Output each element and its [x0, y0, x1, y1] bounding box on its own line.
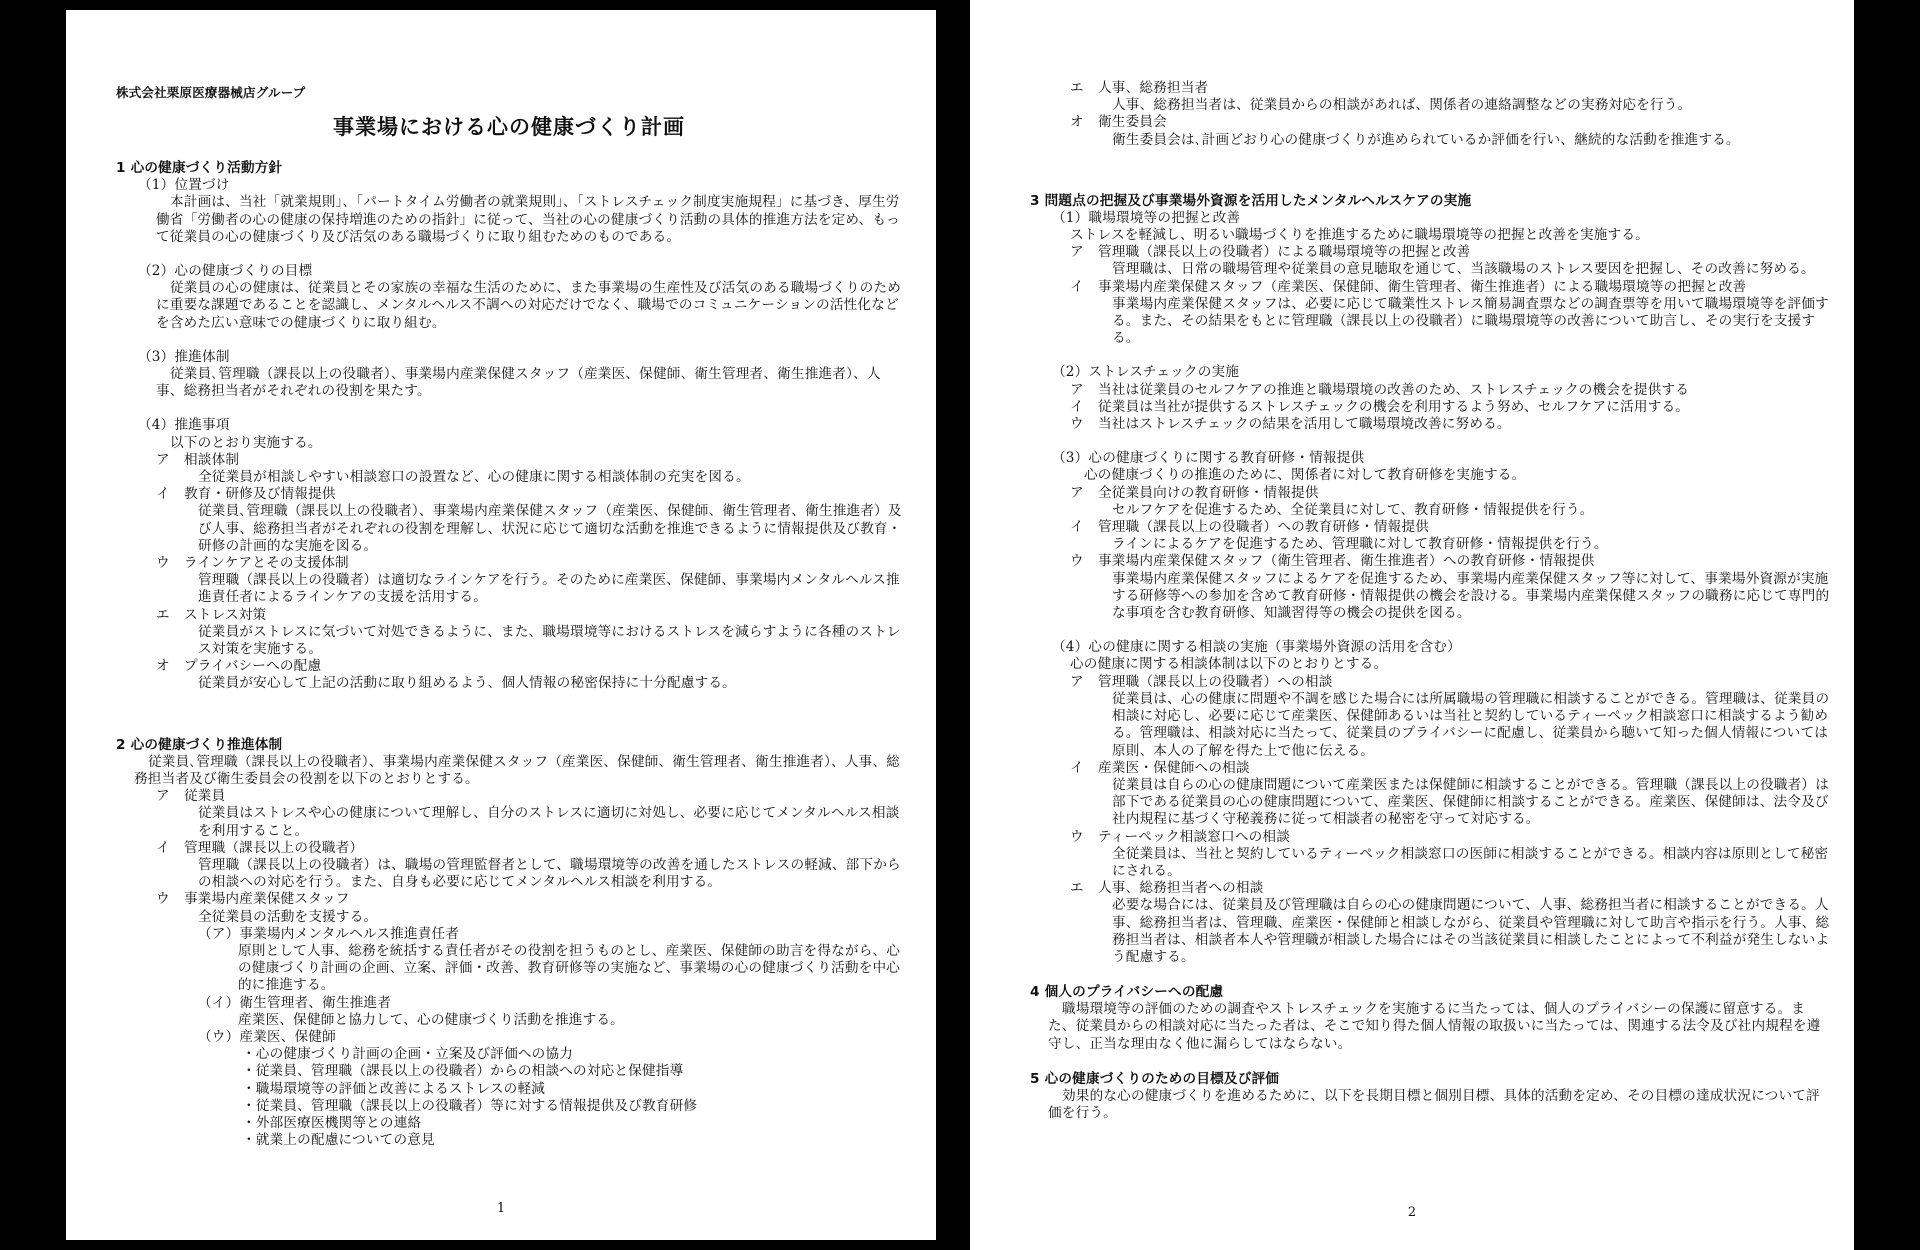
list-item-body: 従業員は、心の健康に問題や不調を感じた場合には所属職場の管理職に相談することがで…	[1112, 691, 1830, 760]
bullet-item: ・心の健康づくり計画の企画・立案及び評価への協力	[242, 1046, 902, 1063]
list-item-body: 従業員､管理職（課長以上の役職者）、事業場内産業保健スタッフ（産業医、保健師、衛…	[198, 503, 902, 555]
list-item-body: 従業員は自らの心の健康問題について産業医または保健師に相談することができる。管理…	[1112, 777, 1830, 829]
sub-list-body: 産業医、保健師と協力して、心の健康づくり活動を推進する。	[238, 1012, 902, 1029]
section-3-3-intro: 心の健康づくりの推進のために、関係者に対して教育研修を実施する。	[1070, 467, 1830, 484]
list-item-body: 従業員はストレスや心の健康について理解し、自分のストレスに適切に対処し、必要に応…	[198, 805, 902, 839]
list-item-heading: イ教育・研修及び情報提供	[156, 486, 902, 503]
section-3-heading: 3 問題点の把握及び事業場外資源を活用したメンタルヘルスケアの実施	[1030, 192, 1830, 210]
list-item-heading: ア管理職（課長以上の役職者）による職場環境等の把握と改善	[1070, 244, 1830, 261]
section-5-heading: 5 心の健康づくりのための目標及び評価	[1030, 1070, 1830, 1088]
section-1-1-body: 本計画は、当社「就業規則」、「パートタイム労働者の就業規則」、「ストレスチェック…	[156, 194, 902, 246]
list-item-heading: ウ事業場内産業保健スタッフ（衛生管理者、衛生推進者）への教育研修・情報提供	[1070, 553, 1830, 570]
section-2-heading: 2 心の健康づくり推進体制	[116, 736, 902, 754]
list-item-body: 衛生委員会は､計画どおり心の健康づくりが進められているか評価を行い、継続的な活動…	[1112, 132, 1830, 149]
list-item-heading: イ事業場内産業保健スタッフ（産業医、保健師、衛生管理者、衛生推進者）による職場環…	[1070, 279, 1830, 296]
list-item-body: 全従業員の活動を支援する。	[198, 909, 902, 926]
sub-list-heading: （イ）衛生管理者、衛生推進者	[198, 995, 902, 1012]
list-item-heading: ウ事業場内産業保健スタッフ	[156, 891, 902, 908]
list-item-body: 全従業員は、当社と契約しているティーペック相談窓口の医師に相談することができる。…	[1112, 846, 1830, 880]
list-item-heading: ウラインケアとその支援体制	[156, 555, 902, 572]
bullet-item: ・職場環境等の評価と改善によるストレスの軽減	[242, 1081, 902, 1098]
list-item-heading: ア管理職（課長以上の役職者）への相談	[1070, 674, 1830, 691]
section-1-1-heading: （1）位置づけ	[138, 177, 902, 194]
list-item-heading: エストレス対策	[156, 607, 902, 624]
sub-list-heading: （ウ）産業医、保健師	[198, 1029, 902, 1046]
list-item: ア当社は従業員のセルフケアの推進と職場環境の改善のため、ストレスチェックの機会を…	[1070, 382, 1830, 399]
list-item: イ従業員は当社が提供するストレスチェックの機会を利用するよう努め、セルフケアに活…	[1070, 399, 1830, 416]
list-item-heading: イ産業医・保健師への相談	[1070, 760, 1830, 777]
bullet-item: ・従業員、管理職（課長以上の役職者）からの相談への対応と保健指導	[242, 1063, 902, 1080]
section-3-2-heading: （2）ストレスチェックの実施	[1052, 364, 1830, 381]
section-1-4-intro: 以下のとおり実施する。	[156, 435, 902, 452]
section-1-4-heading: （4）推進事項	[138, 417, 902, 434]
section-3-1-intro: ストレスを軽減し、明るい職場づくりを推進するために職場環境等の把握と改善を実施す…	[1070, 227, 1830, 244]
section-1-heading: 1 心の健康づくり活動方針	[116, 159, 902, 177]
section-2-intro: 従業員､管理職（課長以上の役職者）、事業場内産業保健スタッフ（産業医、保健師、衛…	[134, 754, 902, 788]
list-item-heading: エ人事、総務担当者への相談	[1070, 880, 1830, 897]
list-item: ウ当社はストレスチェックの結果を活用して職場環境改善に努める。	[1070, 416, 1830, 433]
list-item-heading: オ衛生委員会	[1070, 114, 1830, 131]
page-number: 2	[970, 1205, 1854, 1220]
section-1-2-body: 従業員の心の健康は、従業員とその家族の幸福な生活のために、また事業場の生産性及び…	[156, 280, 902, 332]
list-item-body: 全従業員が相談しやすい相談窓口の設置など、心の健康に関する相談体制の充実を図る。	[198, 469, 902, 486]
list-item-body: 事業場内産業保健スタッフは、必要に応じて職業性ストレス簡易調査票などの調査票等を…	[1112, 296, 1830, 348]
section-3-1-heading: （1）職場環境等の把握と改善	[1052, 210, 1830, 227]
list-item-heading: イ管理職（課長以上の役職者）	[156, 840, 902, 857]
section-3-3-heading: （3）心の健康づくりに関する教育研修・情報提供	[1052, 450, 1830, 467]
list-item-heading: イ管理職（課長以上の役職者）への教育研修・情報提供	[1070, 519, 1830, 536]
sub-list-heading: （ア）事業場内メンタルヘルス推進責任者	[198, 926, 902, 943]
bullet-item: ・就業上の配慮についての意見	[242, 1132, 902, 1149]
page-number: 1	[66, 1201, 936, 1216]
list-item-body: 管理職は、日常の職場管理や従業員の意見聴取を通じて、当該職場のストレス要因を把握…	[1112, 261, 1830, 278]
list-item-body: セルフケアを促進するため、全従業員に対して、教育研修・情報提供を行う。	[1112, 502, 1830, 519]
list-item-body: 管理職（課長以上の役職者）は適切なラインケアを行う。そのために産業医、保健師、事…	[198, 572, 902, 606]
list-item-body: 従業員がストレスに気づいて対処できるように、また、職場環境等におけるストレスを減…	[198, 624, 902, 658]
sub-list-body: 原則として人事、総務を統括する責任者がその役割を担うものとし、産業医、保健師の助…	[238, 943, 902, 995]
list-item-body: 事業場内産業保健スタッフによるケアを促進するため、事業場内産業保健スタッフ等に対…	[1112, 571, 1830, 623]
document-title: 事業場における心の健康づくり計画	[116, 111, 902, 141]
list-item-body: 従業員が安心して上記の活動に取り組めるよう、個人情報の秘密保持に十分配慮する。	[198, 675, 902, 692]
section-4-heading: 4 個人のプライバシーへの配慮	[1030, 983, 1830, 1001]
list-item-body: ラインによるケアを促進するため、管理職に対して教育研修・情報提供を行う。	[1112, 536, 1830, 553]
list-item-heading: エ人事、総務担当者	[1070, 80, 1830, 97]
list-item-heading: ウティーペック相談窓口への相談	[1070, 829, 1830, 846]
section-1-3-heading: （3）推進体制	[138, 349, 902, 366]
section-1-3-body: 従業員､管理職（課長以上の役職者）、事業場内産業保健スタッフ（産業医、保健師、衛…	[156, 366, 902, 400]
list-item-body: 必要な場合には、従業員及び管理職は自らの心の健康問題について、人事、総務担当者に…	[1112, 897, 1830, 966]
document-page-1: 株式会社栗原医療器械店グループ 事業場における心の健康づくり計画 1 心の健康づ…	[66, 10, 936, 1240]
section-1-2-heading: （2）心の健康づくりの目標	[138, 263, 902, 280]
list-item-heading: ア従業員	[156, 788, 902, 805]
bullet-item: ・外部医療医機関等との連絡	[242, 1115, 902, 1132]
section-3-4-intro: 心の健康に関する相談体制は以下のとおりとする。	[1070, 656, 1830, 673]
section-5-body: 効果的な心の健康づくりを進めるために、以下を長期目標と個別目標、具体的活動を定め…	[1048, 1088, 1830, 1122]
list-item-heading: ア全従業員向けの教育研修・情報提供	[1070, 485, 1830, 502]
bullet-item: ・従業員、管理職（課長以上の役職者）等に対する情報提供及び教育研修	[242, 1098, 902, 1115]
list-item-body: 管理職（課長以上の役職者）は、職場の管理監督者として、職場環境等の改善を通したス…	[198, 857, 902, 891]
list-item-heading: ア相談体制	[156, 452, 902, 469]
company-name: 株式会社栗原医療器械店グループ	[116, 84, 902, 101]
list-item-body: 人事、総務担当者は、従業員からの相談があれば、関係者の連絡調整などの実務対応を行…	[1112, 97, 1830, 114]
section-3-4-heading: （4）心の健康に関する相談の実施（事業場外資源の活用を含む）	[1052, 639, 1830, 656]
section-4-body: 職場環境等の評価のための調査やストレスチェックを実施するに当たっては、個人のプラ…	[1048, 1001, 1830, 1053]
list-item-heading: オプライバシーへの配慮	[156, 658, 902, 675]
document-page-2: エ人事、総務担当者 人事、総務担当者は、従業員からの相談があれば、関係者の連絡調…	[970, 0, 1854, 1250]
